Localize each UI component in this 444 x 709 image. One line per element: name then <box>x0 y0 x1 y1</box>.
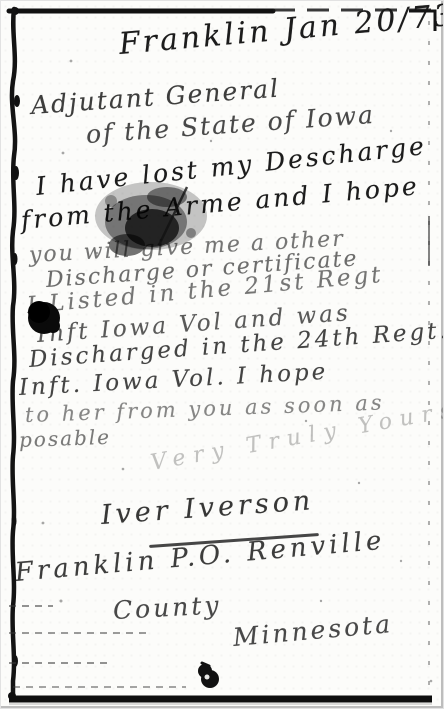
letter-line-dateline: Franklin Jan 20/73 <box>117 0 444 62</box>
scanned-letter-page: Franklin Jan 20/73 Adjutant General of t… <box>0 0 444 709</box>
bottom-edge-band <box>9 699 432 704</box>
letter-line-body-10: posable <box>19 425 112 452</box>
letter-line-address-2: County <box>112 590 222 625</box>
letter-line-address-3: Minnesota <box>232 609 394 652</box>
letter-signature: Iver Iverson <box>100 485 315 531</box>
small-ink-spot <box>198 663 219 688</box>
left-torn-edge <box>8 9 20 700</box>
letter-line-address-1: Franklin P.O. Renville <box>14 526 387 588</box>
